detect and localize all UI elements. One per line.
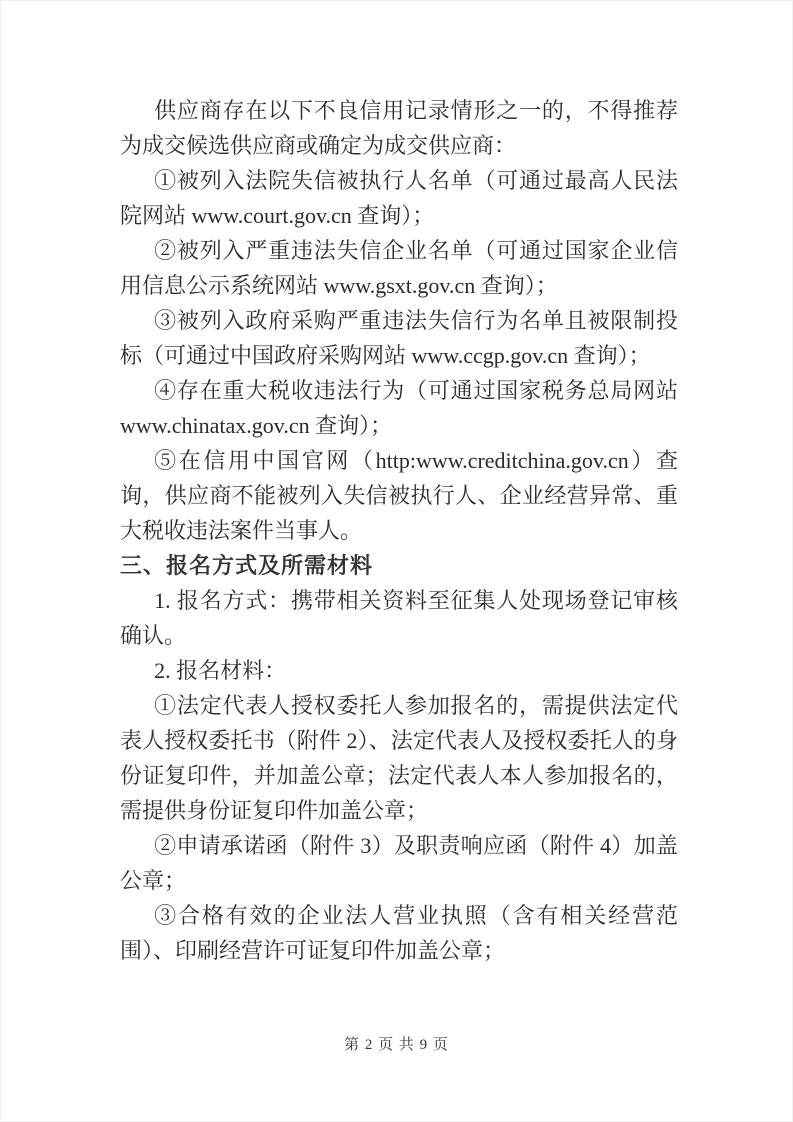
paragraph-credit-intro: 供应商存在以下不良信用记录情形之一的，不得推荐为成交候选供应商或确定为成交供应商… — [120, 93, 678, 163]
paragraph-credit-item-5: ⑤在信用中国官网（http:www.creditchina.gov.cn）查询，… — [120, 443, 678, 548]
paragraph-credit-item-3: ③被列入政府采购严重违法失信行为名单且被限制投标（可通过中国政府采购网站 www… — [120, 303, 678, 373]
paragraph-material-item-2: ②申请承诺函（附件 3）及职责响应函（附件 4）加盖公章； — [120, 828, 678, 898]
page-number: 第 2 页 共 9 页 — [344, 1037, 449, 1053]
paragraph-material-item-3: ③合格有效的企业法人营业执照（含有相关经营范围）、印刷经营许可证复印件加盖公章； — [120, 898, 678, 968]
document-page: 供应商存在以下不良信用记录情形之一的，不得推荐为成交候选供应商或确定为成交供应商… — [0, 0, 793, 1122]
paragraph-credit-item-2: ②被列入严重违法失信企业名单（可通过国家企业信用信息公示系统网站 www.gsx… — [120, 233, 678, 303]
page-footer: 第 2 页 共 9 页 — [1, 1035, 792, 1055]
paragraph-credit-item-4: ④存在重大税收违法行为（可通过国家税务总局网站 www.chinatax.gov… — [120, 373, 678, 443]
section-heading-registration: 三、报名方式及所需材料 — [120, 548, 678, 583]
document-body: 供应商存在以下不良信用记录情形之一的，不得推荐为成交候选供应商或确定为成交供应商… — [120, 93, 678, 968]
paragraph-credit-item-1: ①被列入法院失信被执行人名单（可通过最高人民法院网站 www.court.gov… — [120, 163, 678, 233]
paragraph-material-item-1: ①法定代表人授权委托人参加报名的，需提供法定代表人授权委托书（附件 2）、法定代… — [120, 688, 678, 828]
paragraph-registration-materials-label: 2. 报名材料： — [120, 653, 678, 688]
paragraph-registration-method: 1. 报名方式：携带相关资料至征集人处现场登记审核确认。 — [120, 583, 678, 653]
